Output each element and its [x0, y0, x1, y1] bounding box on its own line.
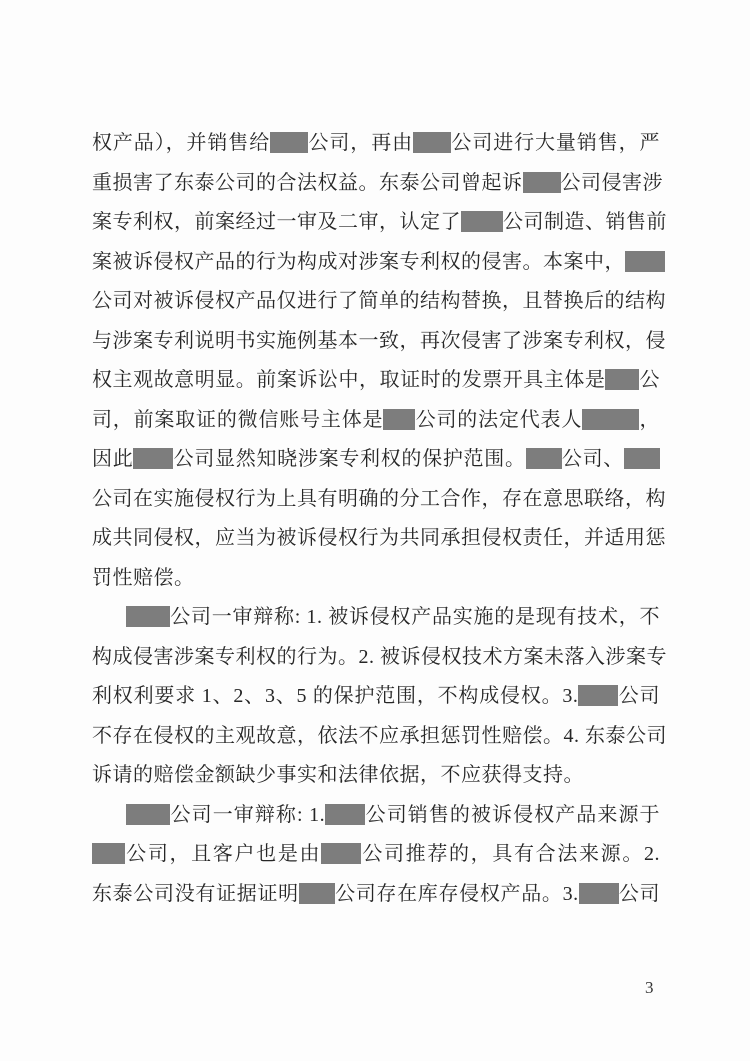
text-line: 成共同侵权，应当为被诉侵权行为共同承担侵权责任，并适用惩	[92, 519, 660, 559]
text-run: 重损害了东泰公司的合法权益。东泰公司曾起诉	[92, 172, 523, 194]
redaction-box	[325, 804, 365, 825]
text-line: 案专利权，前案经过一审及二审，认定了公司制造、销售前	[92, 203, 660, 243]
text-run: 东泰公司没有证据证明	[92, 883, 299, 905]
redaction-box	[133, 448, 173, 469]
redaction-box	[523, 172, 561, 193]
text-run: 公司显然知晓涉案专利权的保护范围。	[173, 448, 525, 470]
redaction-box	[92, 843, 125, 864]
text-line: 公司在实施侵权行为上具有明确的分工合作，存在意思联络，构	[92, 480, 660, 520]
text-line: 公司一审辩称: 1.公司销售的被诉侵权产品来源于	[92, 796, 660, 836]
redaction-box	[605, 369, 639, 390]
text-run: 公司，且客户也是由	[125, 843, 321, 865]
text-line: 重损害了东泰公司的合法权益。东泰公司曾起诉公司侵害涉	[92, 164, 660, 204]
text-run: 构成侵害涉案专利权的行为。2. 被诉侵权技术方案未落入涉案专	[92, 646, 667, 668]
redaction-box	[126, 804, 170, 825]
text-line: 与涉案专利说明书实施例基本一致，再次侵害了涉案专利权，侵	[92, 322, 660, 362]
text-run: 公司的法定代表人	[415, 409, 582, 431]
text-run: 案被诉侵权产品的行为构成对涉案专利权的侵害。本案中，	[92, 251, 625, 273]
text-line: 东泰公司没有证据证明公司存在库存侵权产品。3.公司	[92, 875, 660, 915]
text-run: 成共同侵权，应当为被诉侵权行为共同承担侵权责任，并适用惩	[92, 527, 666, 549]
text-run: 案专利权，前案经过一审及二审，认定了	[92, 211, 461, 233]
text-run: 公司、	[562, 448, 624, 470]
text-run: 公司制造、销售前	[503, 211, 667, 233]
text-line: 罚性赔偿。	[92, 559, 660, 599]
text-run: 因此	[92, 448, 133, 470]
text-run: 公司对被诉侵权产品仅进行了简单的结构替换，且替换后的结构	[92, 290, 666, 312]
text-line: 权主观故意明显。前案诉讼中，取证时的发票开具主体是公	[92, 361, 660, 401]
text-run: 公司，再由	[308, 132, 413, 154]
redaction-box	[321, 843, 361, 864]
text-line: 公司对被诉侵权产品仅进行了简单的结构替换，且替换后的结构	[92, 282, 660, 322]
text-line: 因此公司显然知晓涉案专利权的保护范围。公司、	[92, 440, 660, 480]
text-run: 不存在侵权的主观故意，依法不应承担惩罚性赔偿。4. 东泰公司	[92, 725, 667, 747]
text-run: 公司销售的被诉侵权产品来源于	[365, 804, 660, 826]
text-run: 公司进行大量销售，严	[451, 132, 660, 154]
redaction-box	[582, 409, 639, 430]
text-run: 公	[639, 369, 660, 391]
redaction-box	[383, 409, 415, 430]
page-number: 3	[645, 978, 654, 998]
redaction-box	[461, 211, 503, 232]
text-line: 构成侵害涉案专利权的行为。2. 被诉侵权技术方案未落入涉案专	[92, 638, 660, 678]
text-line: 不存在侵权的主观故意，依法不应承担惩罚性赔偿。4. 东泰公司	[92, 717, 660, 757]
redaction-box	[413, 132, 451, 153]
redaction-box	[126, 606, 170, 627]
text-run: 公司一审辩称: 1. 被诉侵权产品实施的是现有技术，不	[170, 606, 660, 628]
text-run: 公司一审辩称: 1.	[170, 804, 325, 826]
text-run: 利权利要求 1、2、3、5 的保护范围，不构成侵权。3.	[92, 685, 578, 707]
redaction-box	[579, 883, 619, 904]
text-body: 权产品），并销售给公司，再由公司进行大量销售，严重损害了东泰公司的合法权益。东泰…	[92, 124, 660, 914]
text-run: ，	[639, 409, 660, 431]
text-run: 诉请的赔偿金额缺少事实和法律依据，不应获得支持。	[92, 764, 584, 786]
redaction-box	[625, 251, 665, 272]
text-run: 司，前案取证的微信账号主体是	[92, 409, 383, 431]
document-page: 权产品），并销售给公司，再由公司进行大量销售，严重损害了东泰公司的合法权益。东泰…	[0, 0, 750, 1061]
text-run: 公司在实施侵权行为上具有明确的分工合作，存在意思联络，构	[92, 488, 666, 510]
redaction-box	[299, 883, 335, 904]
text-run: 公司	[619, 883, 660, 905]
text-run: 公司存在库存侵权产品。3.	[335, 883, 579, 905]
text-run: 权主观故意明显。前案诉讼中，取证时的发票开具主体是	[92, 369, 605, 391]
redaction-box	[624, 448, 660, 469]
text-line: 公司一审辩称: 1. 被诉侵权产品实施的是现有技术，不	[92, 598, 660, 638]
redaction-box	[526, 448, 562, 469]
text-run: 与涉案专利说明书实施例基本一致，再次侵害了涉案专利权，侵	[92, 330, 666, 352]
text-run: 公司侵害涉	[561, 172, 664, 194]
text-line: 案被诉侵权产品的行为构成对涉案专利权的侵害。本案中，	[92, 243, 660, 283]
text-run: 罚性赔偿。	[92, 567, 195, 589]
text-line: 诉请的赔偿金额缺少事实和法律依据，不应获得支持。	[92, 756, 660, 796]
text-line: 司，前案取证的微信账号主体是公司的法定代表人，	[92, 401, 660, 441]
text-line: 权产品），并销售给公司，再由公司进行大量销售，严	[92, 124, 660, 164]
text-run: 公司推荐的，具有合法来源。2.	[361, 843, 660, 865]
text-line: 公司，且客户也是由公司推荐的，具有合法来源。2.	[92, 835, 660, 875]
redaction-box	[270, 132, 308, 153]
text-line: 利权利要求 1、2、3、5 的保护范围，不构成侵权。3.公司	[92, 677, 660, 717]
text-run: 权产品），并销售给	[92, 132, 270, 154]
redaction-box	[578, 685, 618, 706]
text-run: 公司	[618, 685, 660, 707]
